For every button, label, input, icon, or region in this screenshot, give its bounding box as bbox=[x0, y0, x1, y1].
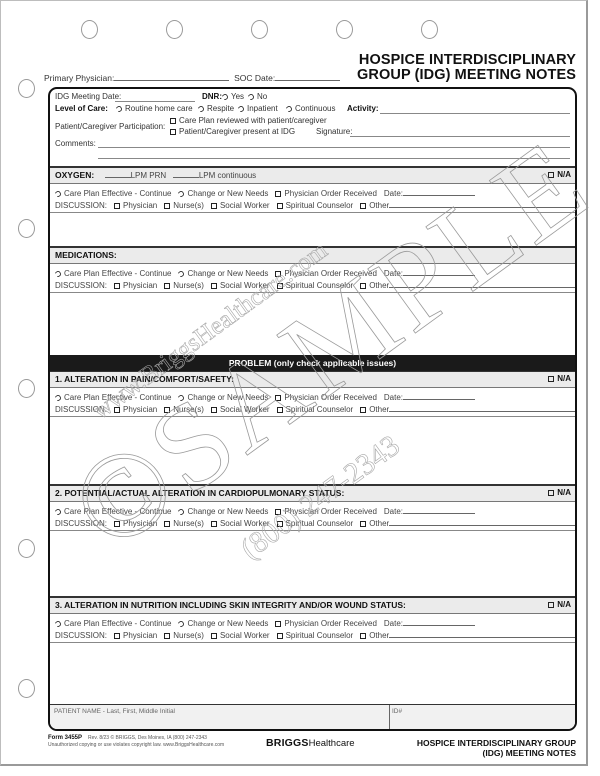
medications-discussion-physician[interactable]: Physician bbox=[114, 281, 157, 290]
dnr-yes-option[interactable]: Yes bbox=[222, 92, 244, 101]
problem-2-header: 2. POTENTIAL/ACTUAL ALTERATION IN CARDIO… bbox=[50, 484, 575, 502]
dnr-yes-label: Yes bbox=[231, 92, 244, 101]
medications-discussion-nurse-s-label: Nurse(s) bbox=[173, 281, 204, 290]
problem-3-care-plan-effective-option-label: Care Plan Effective - Continue bbox=[64, 619, 171, 628]
soc-date-field[interactable] bbox=[275, 72, 340, 81]
problem-1-header: 1. ALTERATION IN PAIN/COMFORT/SAFETY: N/… bbox=[50, 371, 575, 388]
problem-2-discussion-spiritual-counselor-label: Spiritual Counselor bbox=[286, 519, 354, 528]
signature-label: Signature: bbox=[316, 127, 352, 136]
brand-light: Healthcare bbox=[309, 738, 355, 749]
loc-routine-label: Routine home care bbox=[125, 104, 193, 113]
problem-2-notes-area[interactable] bbox=[50, 531, 575, 595]
problem-1-date-label: Date: bbox=[384, 393, 403, 402]
activity-label: Activity: bbox=[347, 104, 379, 113]
revision-line: Rev. 8/23 © BRIGGS, Des Moines, IA (800)… bbox=[88, 735, 207, 741]
problem-3-options: Care Plan Effective - ContinueChange or … bbox=[50, 614, 575, 643]
oxygen-discussion-spiritual-counselor[interactable]: Spiritual Counselor bbox=[277, 201, 354, 210]
radio-icon bbox=[221, 93, 229, 101]
problem-1-discussion-spiritual-counselor[interactable]: Spiritual Counselor bbox=[277, 405, 354, 414]
medications-care-plan-effective-option[interactable]: Care Plan Effective - Continue bbox=[55, 269, 171, 278]
problem-2-discussion-physician[interactable]: Physician bbox=[114, 519, 157, 528]
radio-icon bbox=[237, 105, 245, 113]
checkbox-icon bbox=[114, 633, 120, 639]
problem-1-discussion-physician-label: Physician bbox=[123, 405, 157, 414]
checkbox-icon bbox=[360, 203, 366, 209]
punch-hole bbox=[421, 20, 438, 39]
loc-inpatient-label: Inpatient bbox=[247, 104, 278, 113]
activity-field[interactable] bbox=[380, 113, 570, 114]
problem-3-discussion-nurse-s-label: Nurse(s) bbox=[173, 631, 204, 640]
problem-2-discussion-social-worker-label: Social Worker bbox=[220, 519, 270, 528]
level-of-care-label: Level of Care: bbox=[55, 104, 108, 113]
oxygen-date-field[interactable] bbox=[403, 188, 475, 196]
checkbox-icon bbox=[211, 521, 217, 527]
medications-discussion-physician-label: Physician bbox=[123, 281, 157, 290]
care-plan-reviewed-label: Care Plan reviewed with patient/caregive… bbox=[179, 116, 327, 125]
brand-bold: BRIGGS bbox=[266, 737, 309, 749]
problem-1-physician-order-option-label: Physician Order Received bbox=[284, 393, 376, 402]
medications-discussion-row: DISCUSSION:PhysicianNurse(s)Social Worke… bbox=[55, 280, 577, 290]
problem-3-discussion-other-label: Other bbox=[369, 631, 389, 640]
checkbox-icon bbox=[275, 509, 281, 515]
problem-3-discussion-social-worker[interactable]: Social Worker bbox=[211, 631, 270, 640]
checkbox-icon bbox=[277, 521, 283, 527]
radio-icon bbox=[177, 508, 185, 516]
patient-id-field[interactable]: ID# bbox=[389, 705, 402, 729]
oxygen-change-needs-option-label: Change or New Needs bbox=[187, 189, 268, 198]
medications-notes-area[interactable] bbox=[50, 293, 575, 353]
radio-icon bbox=[197, 105, 205, 113]
oxygen-discussion-social-worker-label: Social Worker bbox=[220, 201, 270, 210]
oxygen-discussion-other[interactable]: Other bbox=[360, 201, 389, 210]
radio-icon bbox=[177, 190, 185, 198]
problem-1-date-field[interactable] bbox=[403, 392, 475, 400]
checkbox-icon bbox=[277, 203, 283, 209]
problem-2-options: Care Plan Effective - ContinueChange or … bbox=[50, 502, 575, 531]
lpm-continuous-field[interactable] bbox=[173, 177, 199, 178]
oxygen-options: Care Plan Effective - ContinueChange or … bbox=[50, 184, 575, 213]
copyright-line: Unauthorized copying or use violates cop… bbox=[48, 742, 224, 749]
patient-row: PATIENT NAME - Last, First, Middle Initi… bbox=[50, 704, 575, 729]
checkbox-icon bbox=[277, 407, 283, 413]
problem-2-care-plan-effective-option-label: Care Plan Effective - Continue bbox=[64, 507, 171, 516]
oxygen-notes-area[interactable] bbox=[50, 213, 575, 245]
radio-icon bbox=[177, 620, 185, 628]
problem-2-date-field[interactable] bbox=[403, 506, 475, 514]
medications-physician-order-option[interactable]: Physician Order Received bbox=[275, 269, 376, 278]
medications-discussion-nurse-s[interactable]: Nurse(s) bbox=[164, 281, 204, 290]
checkbox-icon bbox=[360, 633, 366, 639]
problem-2-discussion-other[interactable]: Other bbox=[360, 519, 389, 528]
problem-3-physician-order-option[interactable]: Physician Order Received bbox=[275, 619, 376, 628]
problem-1-other-field[interactable] bbox=[389, 404, 577, 412]
checkbox-icon bbox=[275, 191, 281, 197]
radio-icon bbox=[54, 508, 62, 516]
medications-discussion-spiritual-counselor-label: Spiritual Counselor bbox=[286, 281, 354, 290]
problem-2-status-row: Care Plan Effective - ContinueChange or … bbox=[55, 506, 475, 516]
medications-options: Care Plan Effective - ContinueChange or … bbox=[50, 264, 575, 293]
problem-3-discussion-social-worker-label: Social Worker bbox=[220, 631, 270, 640]
problem-2-care-plan-effective-option[interactable]: Care Plan Effective - Continue bbox=[55, 507, 171, 516]
checkbox-icon bbox=[548, 490, 554, 496]
dnr-no-option[interactable]: No bbox=[248, 92, 267, 101]
problem-3-discussion-label: DISCUSSION: bbox=[55, 631, 107, 640]
problem-1-discussion-social-worker[interactable]: Social Worker bbox=[211, 405, 270, 414]
briggs-logo: BRIGGSHealthcare bbox=[266, 737, 355, 749]
checkbox-icon bbox=[548, 602, 554, 608]
oxygen-discussion-nurse-s[interactable]: Nurse(s) bbox=[164, 201, 204, 210]
medications-discussion-spiritual-counselor[interactable]: Spiritual Counselor bbox=[277, 281, 354, 290]
punch-hole bbox=[336, 20, 353, 39]
oxygen-discussion-physician-label: Physician bbox=[123, 201, 157, 210]
problem-3-date-field[interactable] bbox=[403, 618, 475, 626]
checkbox-icon bbox=[170, 129, 176, 135]
checkbox-icon bbox=[164, 521, 170, 527]
medications-change-needs-option[interactable]: Change or New Needs bbox=[178, 269, 268, 278]
meeting-info-block: IDG Meeting Date: DNR: Yes No Level of C… bbox=[50, 89, 575, 167]
radio-icon bbox=[285, 105, 293, 113]
comments-field-line2[interactable] bbox=[98, 158, 570, 159]
problem-1-options: Care Plan Effective - ContinueChange or … bbox=[50, 388, 575, 417]
punch-hole bbox=[166, 20, 183, 39]
punch-hole bbox=[18, 679, 35, 698]
footer-form-info: Form 3455PRev. 8/23 © BRIGGS, Des Moines… bbox=[48, 735, 224, 748]
oxygen-care-plan-effective-option[interactable]: Care Plan Effective - Continue bbox=[55, 189, 171, 198]
problem-3-notes-area[interactable] bbox=[50, 643, 575, 705]
problem-2-na-option[interactable]: N/A bbox=[548, 488, 571, 497]
caregiver-present-option[interactable]: Patient/Caregiver present at IDG bbox=[170, 127, 295, 136]
medications-date-label: Date: bbox=[384, 269, 403, 278]
checkbox-icon bbox=[360, 283, 366, 289]
problem-3-header: 3. ALTERATION IN NUTRITION INCLUDING SKI… bbox=[50, 596, 575, 614]
footer-title-line2: (IDG) MEETING NOTES bbox=[417, 748, 576, 758]
radio-icon bbox=[54, 394, 62, 402]
problem-2-physician-order-option[interactable]: Physician Order Received bbox=[275, 507, 376, 516]
radio-icon bbox=[54, 620, 62, 628]
checkbox-icon bbox=[275, 395, 281, 401]
problem-2-other-field[interactable] bbox=[389, 518, 577, 526]
na-label: N/A bbox=[557, 488, 571, 497]
problem-3-status-row: Care Plan Effective - ContinueChange or … bbox=[55, 618, 475, 628]
checkbox-icon bbox=[548, 376, 554, 382]
problem-2-discussion-physician-label: Physician bbox=[123, 519, 157, 528]
problem-3-discussion-spiritual-counselor[interactable]: Spiritual Counselor bbox=[277, 631, 354, 640]
problem-2-discussion-nurse-s[interactable]: Nurse(s) bbox=[164, 519, 204, 528]
checkbox-icon bbox=[114, 407, 120, 413]
oxygen-date-label: Date: bbox=[384, 189, 403, 198]
form-number: Form 3455P bbox=[48, 735, 82, 741]
loc-respite-option[interactable]: Respite bbox=[198, 104, 234, 113]
oxygen-discussion-other-label: Other bbox=[369, 201, 389, 210]
loc-continuous-label: Continuous bbox=[295, 104, 335, 113]
lpm-continuous-label: LPM continuous bbox=[199, 171, 256, 180]
problem-3-other-field[interactable] bbox=[389, 630, 577, 638]
form-title-line2: GROUP (IDG) MEETING NOTES bbox=[357, 68, 576, 83]
primary-physician-field[interactable] bbox=[114, 72, 229, 81]
signature-field[interactable] bbox=[350, 136, 570, 137]
radio-icon bbox=[115, 105, 123, 113]
oxygen-title: OXYGEN: LPM PRN LPM continuous bbox=[55, 170, 256, 180]
punch-hole bbox=[81, 20, 98, 39]
problem-3-discussion-row: DISCUSSION:PhysicianNurse(s)Social Worke… bbox=[55, 630, 577, 640]
medications-discussion-label: DISCUSSION: bbox=[55, 281, 107, 290]
checkbox-icon bbox=[211, 203, 217, 209]
problem-1-discussion-social-worker-label: Social Worker bbox=[220, 405, 270, 414]
problem-3-discussion-nurse-s[interactable]: Nurse(s) bbox=[164, 631, 204, 640]
problem-3-discussion-other[interactable]: Other bbox=[360, 631, 389, 640]
checkbox-icon bbox=[211, 283, 217, 289]
dnr-label: DNR: bbox=[202, 92, 222, 101]
problem-1-na-option[interactable]: N/A bbox=[548, 374, 571, 383]
medications-title: MEDICATIONS: bbox=[55, 250, 117, 260]
problem-2-discussion-nurse-s-label: Nurse(s) bbox=[173, 519, 204, 528]
problem-2-discussion-social-worker[interactable]: Social Worker bbox=[211, 519, 270, 528]
problem-2-physician-order-option-label: Physician Order Received bbox=[284, 507, 376, 516]
oxygen-discussion-social-worker[interactable]: Social Worker bbox=[211, 201, 270, 210]
problem-2-change-needs-option[interactable]: Change or New Needs bbox=[178, 507, 268, 516]
punch-hole bbox=[18, 219, 35, 238]
problem-1-care-plan-effective-option-label: Care Plan Effective - Continue bbox=[64, 393, 171, 402]
problem-2-date-label: Date: bbox=[384, 507, 403, 516]
problem-2-title: 2. POTENTIAL/ACTUAL ALTERATION IN CARDIO… bbox=[55, 488, 344, 498]
caregiver-present-label: Patient/Caregiver present at IDG bbox=[179, 127, 295, 136]
form-main-box: IDG Meeting Date: DNR: Yes No Level of C… bbox=[48, 87, 577, 731]
radio-icon bbox=[54, 190, 62, 198]
problem-3-discussion-physician[interactable]: Physician bbox=[114, 631, 157, 640]
problem-1-discussion-physician[interactable]: Physician bbox=[114, 405, 157, 414]
footer-title-line1: HOSPICE INTERDISCIPLINARY GROUP bbox=[417, 738, 576, 748]
problem-3-date-label: Date: bbox=[384, 619, 403, 628]
problem-1-physician-order-option[interactable]: Physician Order Received bbox=[275, 393, 376, 402]
na-label: N/A bbox=[557, 374, 571, 383]
problem-3-physician-order-option-label: Physician Order Received bbox=[284, 619, 376, 628]
comments-field-line1[interactable] bbox=[98, 147, 570, 148]
checkbox-icon bbox=[164, 203, 170, 209]
footer-title: HOSPICE INTERDISCIPLINARY GROUP (IDG) ME… bbox=[417, 738, 576, 758]
checkbox-icon bbox=[114, 521, 120, 527]
checkbox-icon bbox=[211, 633, 217, 639]
loc-continuous-option[interactable]: Continuous bbox=[286, 104, 335, 113]
medications-discussion-other[interactable]: Other bbox=[360, 281, 389, 290]
idg-meeting-date-field[interactable] bbox=[115, 101, 195, 102]
oxygen-na-option[interactable]: N/A bbox=[548, 170, 571, 179]
oxygen-change-needs-option[interactable]: Change or New Needs bbox=[178, 189, 268, 198]
checkbox-icon bbox=[277, 283, 283, 289]
loc-routine-option[interactable]: Routine home care bbox=[116, 104, 193, 113]
oxygen-discussion-spiritual-counselor-label: Spiritual Counselor bbox=[286, 201, 354, 210]
checkbox-icon bbox=[164, 633, 170, 639]
lpm-prn-field[interactable] bbox=[105, 177, 131, 178]
problem-1-discussion-nurse-s[interactable]: Nurse(s) bbox=[164, 405, 204, 414]
medications-care-plan-effective-option-label: Care Plan Effective - Continue bbox=[64, 269, 171, 278]
medications-discussion-social-worker-label: Social Worker bbox=[220, 281, 270, 290]
checkbox-icon bbox=[275, 271, 281, 277]
loc-respite-label: Respite bbox=[207, 104, 234, 113]
problem-3-discussion-physician-label: Physician bbox=[123, 631, 157, 640]
oxygen-physician-order-option-label: Physician Order Received bbox=[284, 189, 376, 198]
oxygen-discussion-label: DISCUSSION: bbox=[55, 201, 107, 210]
problem-3-change-needs-option-label: Change or New Needs bbox=[187, 619, 268, 628]
checkbox-icon bbox=[164, 407, 170, 413]
problem-1-discussion-label: DISCUSSION: bbox=[55, 405, 107, 414]
top-fields: Primary Physician: SOC Date: bbox=[44, 72, 340, 83]
na-label: N/A bbox=[557, 170, 571, 179]
medications-date-field[interactable] bbox=[403, 268, 475, 276]
problem-1-discussion-row: DISCUSSION:PhysicianNurse(s)Social Worke… bbox=[55, 404, 577, 414]
checkbox-icon bbox=[360, 521, 366, 527]
radio-icon bbox=[177, 394, 185, 402]
soc-date-label: SOC Date: bbox=[234, 73, 275, 83]
na-label: N/A bbox=[557, 600, 571, 609]
form-title-line1: HOSPICE INTERDISCIPLINARY bbox=[357, 53, 576, 68]
lpm-prn-label: LPM PRN bbox=[131, 171, 167, 180]
participation-label: Patient/Caregiver Participation: bbox=[55, 122, 165, 131]
medications-discussion-other-label: Other bbox=[369, 281, 389, 290]
problem-1-status-row: Care Plan Effective - ContinueChange or … bbox=[55, 392, 475, 402]
oxygen-discussion-physician[interactable]: Physician bbox=[114, 201, 157, 210]
radio-icon bbox=[54, 270, 62, 278]
problem-1-discussion-other-label: Other bbox=[369, 405, 389, 414]
oxygen-discussion-nurse-s-label: Nurse(s) bbox=[173, 201, 204, 210]
checkbox-icon bbox=[360, 407, 366, 413]
problem-3-title: 3. ALTERATION IN NUTRITION INCLUDING SKI… bbox=[55, 600, 406, 610]
problem-3-discussion-spiritual-counselor-label: Spiritual Counselor bbox=[286, 631, 354, 640]
oxygen-care-plan-effective-option-label: Care Plan Effective - Continue bbox=[64, 189, 171, 198]
problem-2-discussion-spiritual-counselor[interactable]: Spiritual Counselor bbox=[277, 519, 354, 528]
comments-label: Comments: bbox=[55, 139, 96, 148]
problem-1-care-plan-effective-option[interactable]: Care Plan Effective - Continue bbox=[55, 393, 171, 402]
checkbox-icon bbox=[170, 118, 176, 124]
loc-inpatient-option[interactable]: Inpatient bbox=[238, 104, 278, 113]
radio-icon bbox=[247, 93, 255, 101]
medications-status-row: Care Plan Effective - ContinueChange or … bbox=[55, 268, 475, 278]
punch-hole bbox=[18, 539, 35, 558]
problem-1-notes-area[interactable] bbox=[50, 417, 575, 483]
medications-discussion-social-worker[interactable]: Social Worker bbox=[211, 281, 270, 290]
oxygen-section-header: OXYGEN: LPM PRN LPM continuous N/A bbox=[50, 166, 575, 184]
checkbox-icon bbox=[164, 283, 170, 289]
problem-2-discussion-row: DISCUSSION:PhysicianNurse(s)Social Worke… bbox=[55, 518, 577, 528]
problem-3-na-option[interactable]: N/A bbox=[548, 600, 571, 609]
form-title: HOSPICE INTERDISCIPLINARY GROUP (IDG) ME… bbox=[357, 53, 576, 83]
medications-other-field[interactable] bbox=[389, 280, 577, 288]
problem-2-change-needs-option-label: Change or New Needs bbox=[187, 507, 268, 516]
problem-2-discussion-label: DISCUSSION: bbox=[55, 519, 107, 528]
punch-hole bbox=[18, 379, 35, 398]
problem-1-discussion-other[interactable]: Other bbox=[360, 405, 389, 414]
checkbox-icon bbox=[548, 172, 554, 178]
problem-2-discussion-other-label: Other bbox=[369, 519, 389, 528]
medications-section-header: MEDICATIONS: bbox=[50, 246, 575, 264]
problem-1-discussion-spiritual-counselor-label: Spiritual Counselor bbox=[286, 405, 354, 414]
punch-hole bbox=[18, 79, 35, 98]
checkbox-icon bbox=[275, 621, 281, 627]
medications-physician-order-option-label: Physician Order Received bbox=[284, 269, 376, 278]
checkbox-icon bbox=[114, 283, 120, 289]
primary-physician-label: Primary Physician: bbox=[44, 73, 114, 83]
problem-bar: PROBLEM (only check applicable issues) bbox=[50, 355, 575, 371]
care-plan-reviewed-option[interactable]: Care Plan reviewed with patient/caregive… bbox=[170, 116, 327, 125]
radio-icon bbox=[177, 270, 185, 278]
oxygen-other-field[interactable] bbox=[389, 200, 577, 208]
problem-3-care-plan-effective-option[interactable]: Care Plan Effective - Continue bbox=[55, 619, 171, 628]
idg-meeting-date-label: IDG Meeting Date: bbox=[55, 92, 121, 101]
checkbox-icon bbox=[277, 633, 283, 639]
oxygen-status-row: Care Plan Effective - ContinueChange or … bbox=[55, 188, 475, 198]
oxygen-title-text: OXYGEN: bbox=[55, 170, 94, 180]
problem-1-title: 1. ALTERATION IN PAIN/COMFORT/SAFETY: bbox=[55, 374, 234, 384]
problem-1-change-needs-option-label: Change or New Needs bbox=[187, 393, 268, 402]
patient-name-field[interactable]: PATIENT NAME - Last, First, Middle Initi… bbox=[54, 708, 175, 715]
problem-1-discussion-nurse-s-label: Nurse(s) bbox=[173, 405, 204, 414]
checkbox-icon bbox=[211, 407, 217, 413]
oxygen-discussion-row: DISCUSSION:PhysicianNurse(s)Social Worke… bbox=[55, 200, 577, 210]
medications-change-needs-option-label: Change or New Needs bbox=[187, 269, 268, 278]
problem-3-change-needs-option[interactable]: Change or New Needs bbox=[178, 619, 268, 628]
checkbox-icon bbox=[114, 203, 120, 209]
punch-hole bbox=[251, 20, 268, 39]
problem-1-change-needs-option[interactable]: Change or New Needs bbox=[178, 393, 268, 402]
dnr-no-label: No bbox=[257, 92, 267, 101]
oxygen-physician-order-option[interactable]: Physician Order Received bbox=[275, 189, 376, 198]
